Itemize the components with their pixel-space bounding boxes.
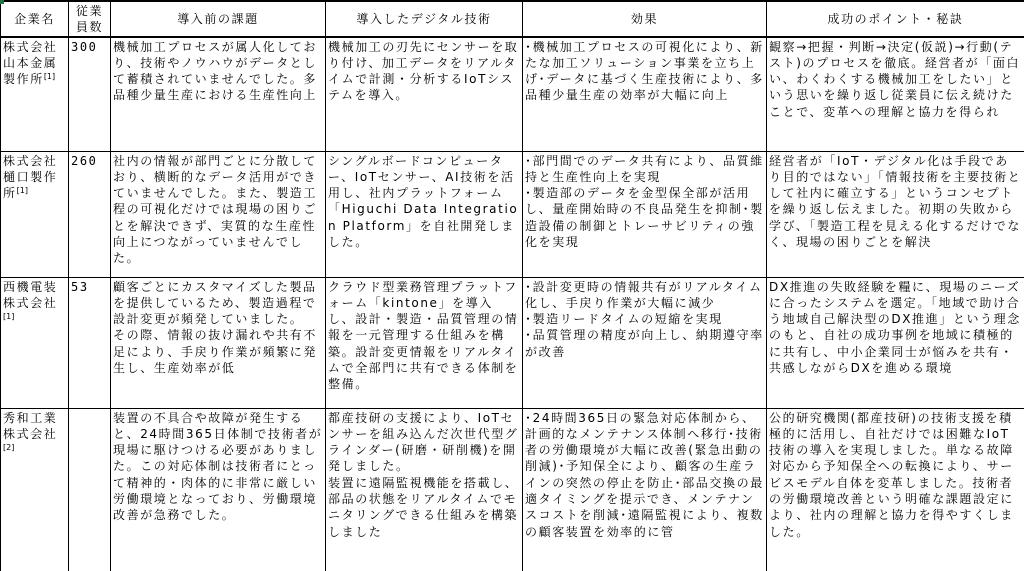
technology-cell[interactable]: クラウド型業務管理プラットフォーム「kintone」を導入し、設計・製造・品質管… — [326, 277, 523, 408]
company-cell[interactable]: 株式会社山本金属製作所[1] — [1, 37, 69, 152]
company-name: 株式会社樋口製作所 — [3, 154, 57, 201]
keys-cell[interactable]: 経営者が「IoT・デジタル化は手段であり目的ではない」「情報技術を主要技術として… — [767, 151, 1024, 277]
effect-cell[interactable]: ･24時間365日の緊急対応体制から、計画的なメンテナンス体制へ移行･技術者の労… — [523, 408, 767, 571]
company-cell[interactable]: 株式会社樋口製作所[1] — [1, 151, 69, 277]
challenge-cell[interactable]: 装置の不具合や故障が発生すると、24時間365日体制で技術者が現場に駆けつける必… — [111, 408, 326, 571]
header-effect[interactable]: 効果 — [523, 1, 767, 37]
table-row: 西機電装株式会社[1] 53 顧客ごとにカスタマイズした製品を提供しているため、… — [1, 277, 1024, 408]
reference-mark: [1] — [3, 312, 14, 321]
header-company[interactable]: 企業名 — [1, 1, 69, 37]
table-row: 株式会社山本金属製作所[1] 300 機械加工プロセスが属人化しており、技術やノ… — [1, 37, 1024, 152]
challenge-cell[interactable]: 社内の情報が部門ごとに分散しており、横断的なデータ活用ができていませんでした。ま… — [111, 151, 326, 277]
case-study-table: 企業名 従業員数 導入前の課題 導入したデジタル技術 効果 成功のポイント・秘訣… — [0, 0, 1024, 571]
effect-cell[interactable]: ･設計変更時の情報共有がリアルタイム化し、手戻り作業が大幅に減少 ･製造リードタ… — [523, 277, 767, 408]
header-employees[interactable]: 従業員数 — [69, 1, 111, 37]
keys-cell[interactable]: 公的研究機関(都産技研)の技術支援を積極的に活用し、自社だけでは困難なIoT技術… — [767, 408, 1024, 571]
challenge-cell[interactable]: 機械加工プロセスが属人化しており、技術やノウハウがデータとして蓄積されていません… — [111, 37, 326, 152]
reference-mark: [1] — [44, 72, 55, 81]
table-row: 株式会社樋口製作所[1] 260 社内の情報が部門ごとに分散しており、横断的なデ… — [1, 151, 1024, 277]
company-cell[interactable]: 西機電装株式会社[1] — [1, 277, 69, 408]
keys-cell[interactable]: 観察→把握・判断→決定(仮説)→行動(テスト)のプロセスを徹底。経営者が「面白い… — [767, 37, 1024, 152]
technology-cell[interactable]: 機械加工の刃先にセンサーを取り付け、加工データをリアルタイムで計測・分析するIo… — [326, 37, 523, 152]
challenge-cell[interactable]: 顧客ごとにカスタマイズした製品を提供しているため、製造過程で設計変更が頻発してい… — [111, 277, 326, 408]
employees-cell[interactable]: 300 — [69, 37, 111, 152]
header-challenge[interactable]: 導入前の課題 — [111, 1, 326, 37]
header-keys[interactable]: 成功のポイント・秘訣 — [767, 1, 1024, 37]
keys-cell[interactable]: DX推進の失敗経験を糧に、現場のニーズに合ったシステムを選定。「地域で助け合う地… — [767, 277, 1024, 408]
company-cell[interactable]: 秀和工業株式会社[2] — [1, 408, 69, 571]
reference-mark: [2] — [3, 443, 14, 452]
active-cell-marker — [0, 0, 4, 4]
header-technology[interactable]: 導入したデジタル技術 — [326, 1, 523, 37]
employees-cell[interactable]: 260 — [69, 151, 111, 277]
header-row: 企業名 従業員数 導入前の課題 導入したデジタル技術 効果 成功のポイント・秘訣 — [1, 1, 1024, 37]
technology-cell[interactable]: シングルボードコンピューター、IoTセンサー、AI技術を活用し、社内プラットフォ… — [326, 151, 523, 277]
table-row: 秀和工業株式会社[2] 装置の不具合や故障が発生すると、24時間365日体制で技… — [1, 408, 1024, 571]
effect-cell[interactable]: ･部門間でのデータ共有により、品質維持と生産性向上を実現 ･製造部のデータを金型… — [523, 151, 767, 277]
employees-cell[interactable]: 53 — [69, 277, 111, 408]
reference-mark: [1] — [17, 186, 28, 195]
technology-cell[interactable]: 都産技研の支援により、IoTセンサーを組み込んだ次世代型グラインダー(研磨・研削… — [326, 408, 523, 571]
employees-cell[interactable] — [69, 408, 111, 571]
company-name: 秀和工業株式会社 — [3, 411, 57, 441]
effect-cell[interactable]: ･機械加工プロセスの可視化により、新たな加工ソリューション事業を立ち上げ･データ… — [523, 37, 767, 152]
company-name: 西機電装株式会社 — [3, 280, 57, 310]
